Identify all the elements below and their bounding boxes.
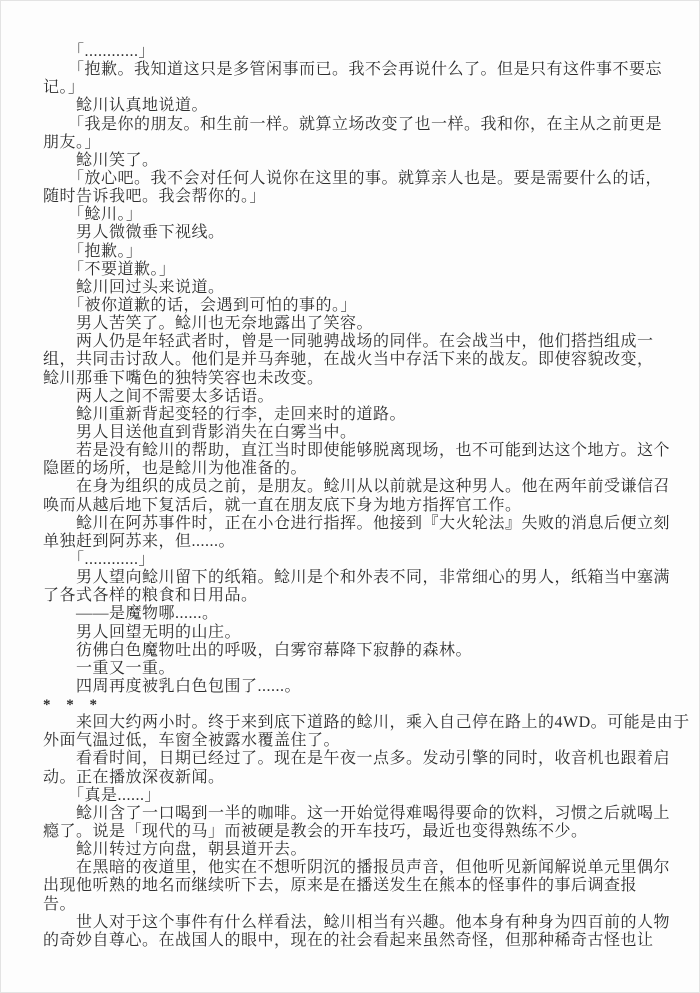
text-line: 一重又一重。	[43, 660, 663, 678]
text-line: 鲶川那垂下嘴色的独特笑容也未改变。	[43, 370, 663, 388]
text-line: 动。正在播放深夜新闻。	[43, 769, 663, 787]
text-line: ——是魔物哪......。	[43, 605, 663, 623]
text-line: 若是没有鲶川的帮助，直江当时即使能够脱离现场，也不可能到达这个地方。这个	[43, 442, 663, 460]
text-line: 随时告诉我吧。我会帮你的。」	[43, 188, 663, 206]
text-line: 鲶川转过方向盘，朝县道开去。	[43, 841, 663, 859]
text-line: 鲶川重新背起变轻的行李，走回来时的道路。	[43, 406, 663, 424]
text-line: 「鲶川。」	[43, 206, 663, 224]
text-line: 朋友。」	[43, 134, 663, 152]
text-line: 男人望向鲶川留下的纸箱。鲶川是个和外表不同，非常细心的男人，纸箱当中塞满	[43, 569, 663, 587]
text-line: 来回大约两小时。终于来到底下道路的鲶川，乘入自己停在路上的4WD。可能是由于	[43, 714, 663, 732]
text-line: 「我是你的朋友。和生前一样。就算立场改变了也一样。我和你，在主从之前更是	[43, 116, 663, 134]
text-line: 的奇妙自尊心。在战国人的眼中，现在的社会看起来虽然奇怪，但那种稀奇古怪也让	[43, 932, 663, 950]
text-line: 两人仍是年轻武者时，曾是一同驰骋战场的同伴。在会战当中，他们搭挡组成一	[43, 333, 663, 351]
text-line: 男人回望无明的山庄。	[43, 624, 663, 642]
text-line: 「被你道歉的话，会遇到可怕的事的。」	[43, 297, 663, 315]
text-line: 「真是......」	[43, 787, 663, 805]
text-line: 「不要道歉。」	[43, 261, 663, 279]
novel-page: 「............」 「抱歉。我知道这只是多管闲事而已。我不会再说什么了…	[1, 1, 700, 993]
text-line: 男人微微垂下视线。	[43, 224, 663, 242]
text-line: 男人目送他直到背影消失在白雾当中。	[43, 424, 663, 442]
text-line: 鲶川认真地说道。	[43, 97, 663, 115]
text-line: 鲶川在阿苏事件时，正在小仓进行指挥。他接到『大火轮法』失败的消息后便立刻	[43, 515, 663, 533]
text-line: 「抱歉。」	[43, 243, 663, 261]
text-line: 在黑暗的夜道里，他实在不想听阴沉的播报员声音，但他听见新闻解说单元里偶尔	[43, 859, 663, 877]
text-line: 记。」	[43, 79, 663, 97]
text-line: 瘾了。说是「现代的马」而被硬是教会的开车技巧，最近也变得熟练不少。	[43, 823, 663, 841]
text-line: 唤而从越后地下复活后，就一直在朋友底下身为地方指挥官工作。	[43, 497, 663, 515]
text-line: 外面气温过低，车窗全被露水覆盖住了。	[43, 732, 663, 750]
text-line: 看看时间，日期已经过了。现在是午夜一点多。发动引擎的同时，收音机也跟着启	[43, 750, 663, 768]
text-line: 男人苦笑了。鲶川也无奈地露出了笑容。	[43, 315, 663, 333]
text-line: 隐匿的场所，也是鲶川为他准备的。	[43, 460, 663, 478]
text-line: 告。	[43, 896, 663, 914]
text-line: 组，共同击讨敌人。他们是并马奔驰，在战火当中存活下来的战友。即使容貌改变，	[43, 351, 663, 369]
text-line: 「............」	[43, 43, 663, 61]
text-line: 彷佛白色魔物吐出的呼吸，白雾帘幕降下寂静的森林。	[43, 642, 663, 660]
text-line: 鲶川笑了。	[43, 152, 663, 170]
page-text: 「............」 「抱歉。我知道这只是多管闲事而已。我不会再说什么了…	[43, 43, 663, 950]
text-line: 世人对于这个事件有什么样看法，鲶川相当有兴趣。他本身有种身为四百前的人物	[43, 914, 663, 932]
text-line: 在身为组织的成员之前，是朋友。鲶川从以前就是这种男人。他在两年前受谦信召	[43, 478, 663, 496]
text-line: 「抱歉。我知道这只是多管闲事而已。我不会再说什么了。但是只有这件事不要忘	[43, 61, 663, 79]
text-line: 鲶川回过头来说道。	[43, 279, 663, 297]
text-line: 出现他听熟的地名而继续听下去，原来是在播送发生在熊本的怪事件的事后调查报	[43, 877, 663, 895]
text-line: 了各式各样的粮食和日用品。	[43, 587, 663, 605]
text-line: 「............」	[43, 551, 663, 569]
section-separator: * * *	[43, 696, 663, 714]
text-line: 四周再度被乳白色包围了......。	[43, 678, 663, 696]
text-line: 单独赶到阿苏来，但......。	[43, 533, 663, 551]
text-line: 两人之间不需要太多话语。	[43, 388, 663, 406]
text-line: 「放心吧。我不会对任何人说你在这里的事。就算亲人也是。要是需要什么的话，	[43, 170, 663, 188]
text-line: 鲶川含了一口喝到一半的咖啡。这一开始觉得难喝得要命的饮料，习惯之后就喝上	[43, 805, 663, 823]
